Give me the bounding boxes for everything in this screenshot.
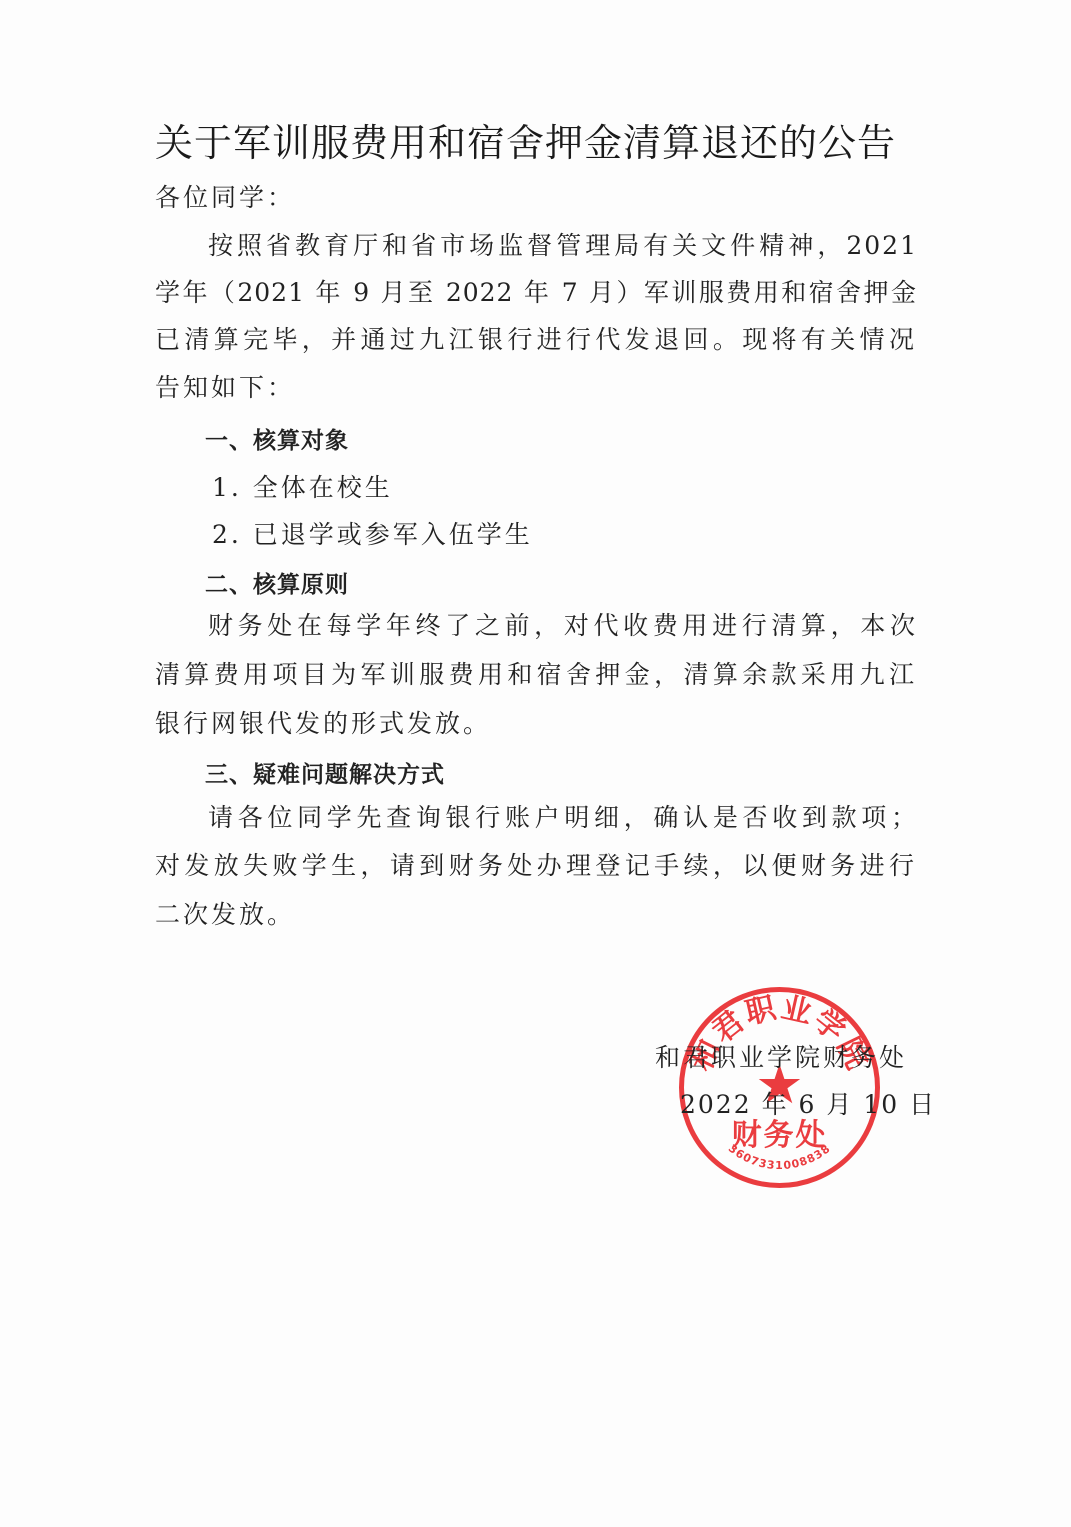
document-page: 关于军训服费用和宿舍押金清算退还的公告 各位同学： 按照省教育厅和省市场监督管理… xyxy=(0,0,1071,1527)
section-heading-3: 三、疑难问题解决方式 xyxy=(205,756,445,789)
resolution-line-3: 二次发放。 xyxy=(155,895,295,931)
intro-line-4: 告知如下： xyxy=(155,368,295,404)
resolution-line-1: 请各位同学先查询银行账户明细，确认是否收到款项； xyxy=(208,798,918,834)
seal-bottom-text: 财务处 xyxy=(732,1118,828,1153)
list-item-1: 1. 全体在校生 xyxy=(212,468,393,504)
intro-line-1: 按照省教育厅和省市场监督管理局有关文件精神，2021 xyxy=(208,226,918,262)
salutation: 各位同学： xyxy=(155,178,295,214)
issuer-signature: 和君职业学院财务处 xyxy=(655,1038,907,1074)
notice-title: 关于军训服费用和宿舍押金清算退还的公告 xyxy=(155,112,915,167)
principle-line-2: 清算费用项目为军训服费用和宿舍押金，清算余款采用九江 xyxy=(155,655,917,691)
intro-line-3: 已清算完毕，并通过九江银行进行代发退回。现将有关情况 xyxy=(155,320,917,356)
section-heading-1: 一、核算对象 xyxy=(205,422,349,455)
principle-line-3: 银行网银代发的形式发放。 xyxy=(155,704,491,740)
list-item-2: 2. 已退学或参军入伍学生 xyxy=(212,515,533,551)
section-heading-2: 二、核算原则 xyxy=(205,566,349,599)
issue-date: 2022 年 6 月 10 日 xyxy=(680,1085,936,1121)
intro-line-2: 学年（2021 年 9 月至 2022 年 7 月）军训服费用和宿舍押金 xyxy=(155,273,917,309)
resolution-line-2: 对发放失败学生，请到财务处办理登记手续，以便财务进行 xyxy=(155,846,917,882)
principle-line-1: 财务处在每学年终了之前，对代收费用进行清算，本次 xyxy=(208,606,918,642)
